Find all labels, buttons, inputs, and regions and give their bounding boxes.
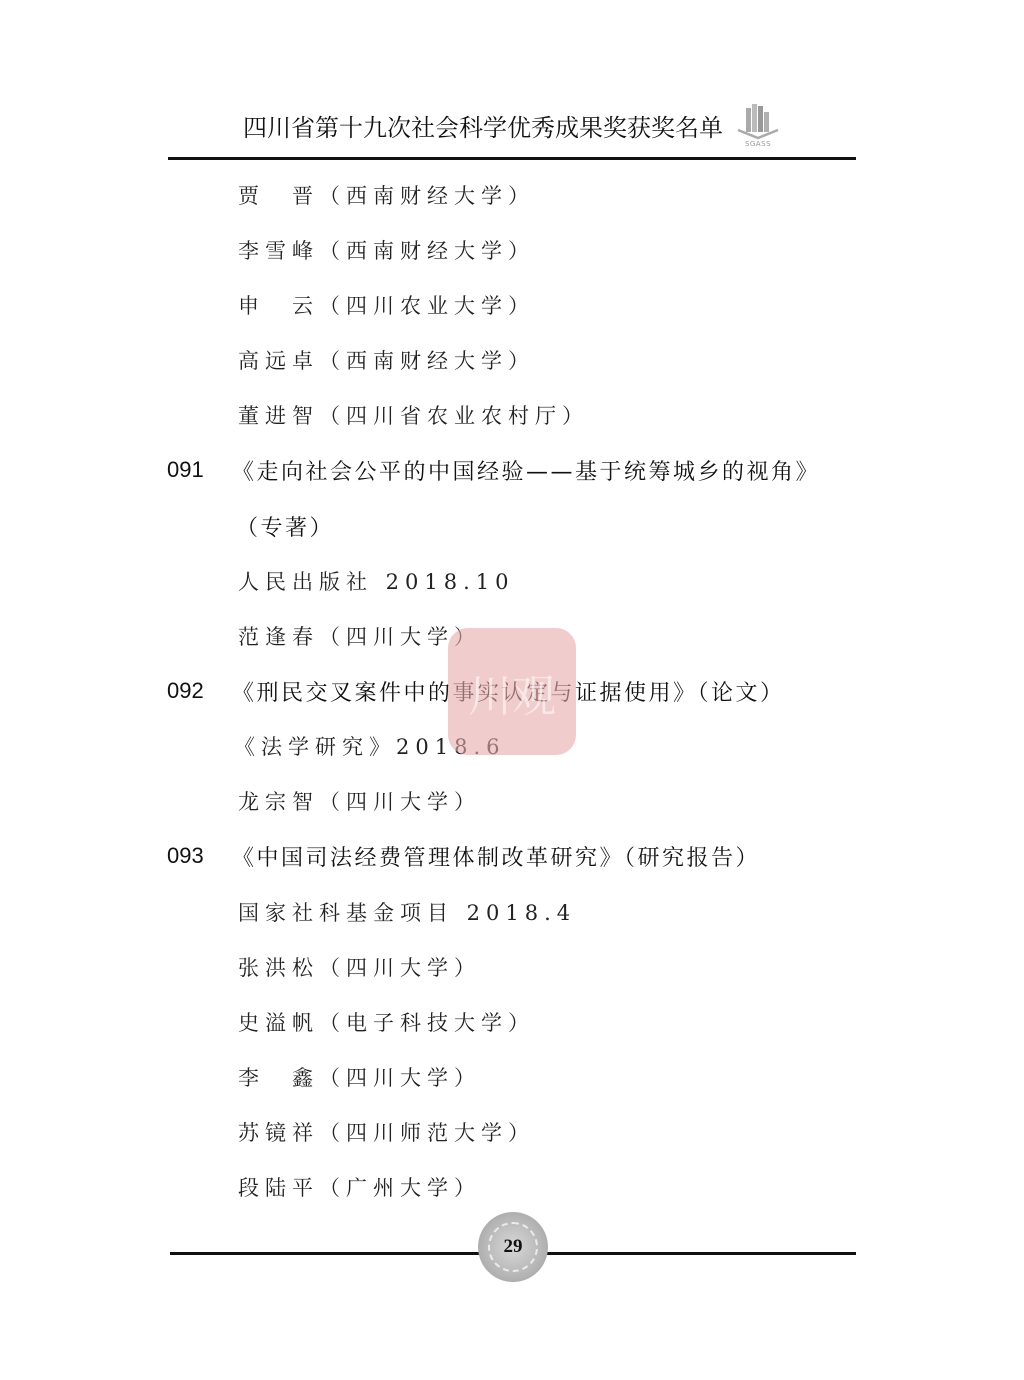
author-line: 董进智（四川省农业农村厅） (238, 400, 589, 430)
entry-number: 092 (167, 678, 204, 704)
author-line: 申 云（四川农业大学） (238, 290, 535, 320)
entry-publisher: 人民出版社 2018.10 (238, 566, 515, 596)
author-line: 贾 晋（西南财经大学） (238, 180, 535, 210)
author-line: 李 鑫（四川大学） (238, 1062, 481, 1092)
entry-title: 《中国司法经费管理体制改革研究》（研究报告） (232, 841, 760, 872)
entry-type: （专著） (236, 511, 334, 542)
author-line: 李雪峰（西南财经大学） (238, 235, 535, 265)
document-title: 四川省第十九次社会科学优秀成果奖获奖名单 (243, 108, 723, 143)
author-line: 段陆平（广州大学） (238, 1172, 481, 1202)
logo-text: SGASS (734, 140, 782, 148)
entry-title: 《走向社会公平的中国经验——基于统筹城乡的视角》 (232, 455, 820, 486)
sgass-logo: SGASS (734, 102, 782, 152)
author-line: 范逢春（四川大学） (238, 621, 481, 651)
header-divider (168, 157, 856, 160)
author-line: 张洪松（四川大学） (238, 952, 481, 982)
building-logo-icon (734, 102, 782, 140)
watermark-text: 川观 (448, 628, 576, 755)
entry-number: 091 (167, 457, 204, 483)
entry-number: 093 (167, 843, 204, 869)
footer-divider-right (544, 1252, 856, 1255)
author-line: 龙宗智（四川大学） (238, 786, 481, 816)
author-line: 史溢帆（电子科技大学） (238, 1007, 535, 1037)
author-line: 苏镜祥（四川师范大学） (238, 1117, 535, 1147)
entry-publisher: 国家社科基金项目 2018.4 (238, 897, 576, 927)
author-line: 高远卓（西南财经大学） (238, 345, 535, 375)
watermark-logo: 川观 (448, 628, 576, 755)
page-number: 29 (478, 1212, 548, 1282)
page-number-badge: 29 (478, 1212, 548, 1282)
footer-divider-left (170, 1252, 482, 1255)
